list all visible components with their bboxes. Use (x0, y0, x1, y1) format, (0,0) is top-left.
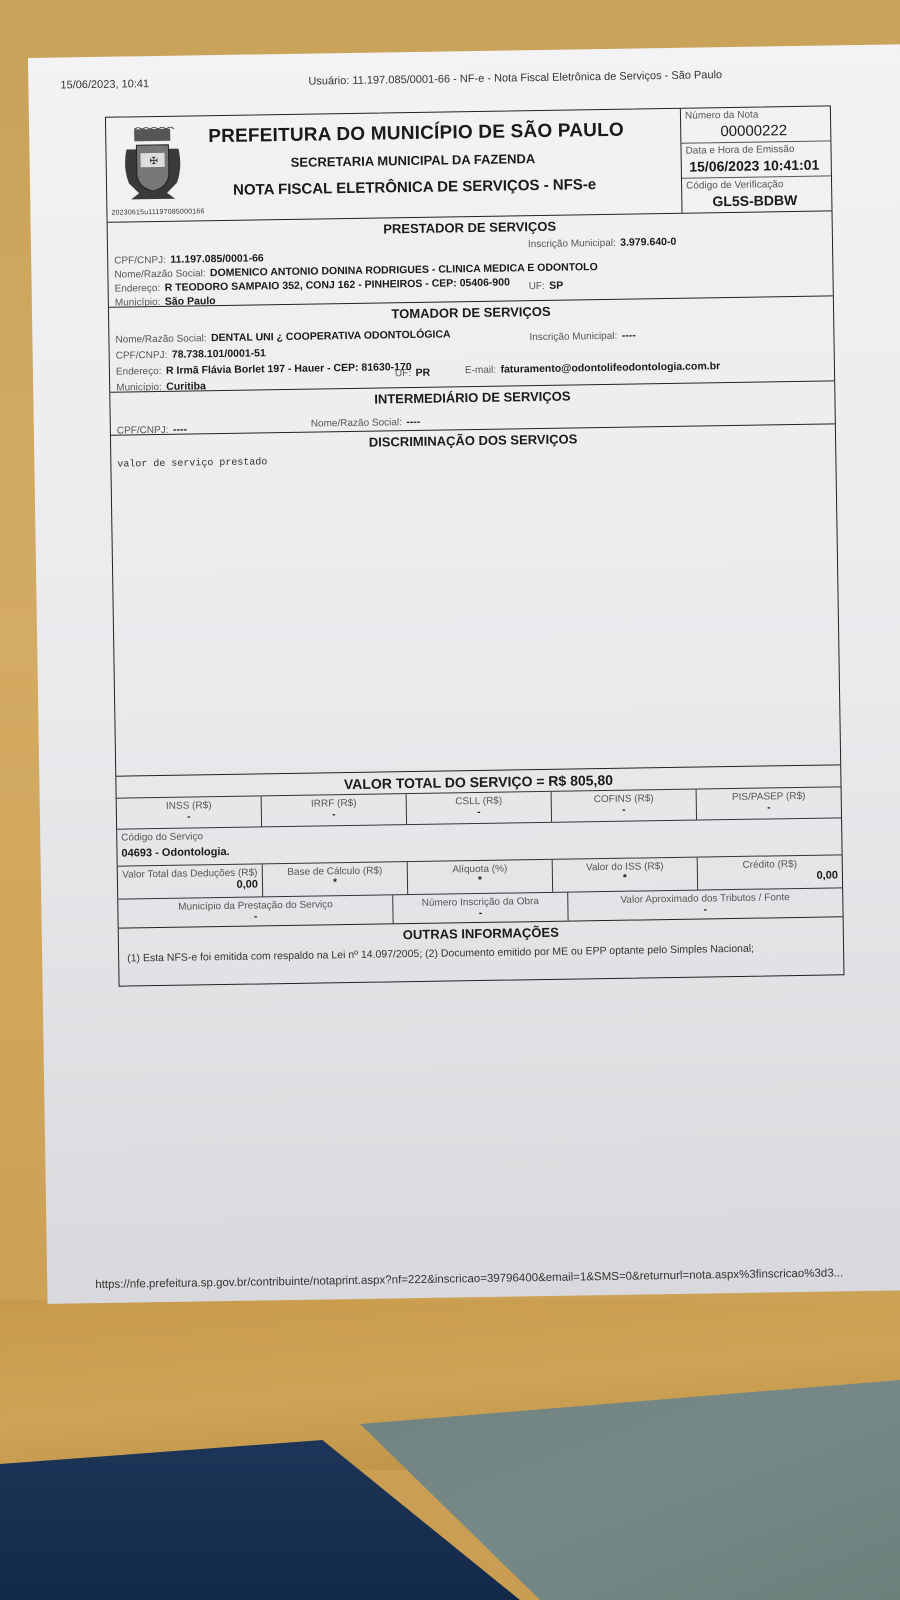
print-date: 15/06/2023, 10:41 (60, 78, 149, 91)
emissao-label: Data e Hora de Emissão (685, 144, 794, 157)
valor-iss-value: * (553, 872, 697, 885)
inscricao-obra-value: - (394, 907, 567, 921)
deducoes-value: 0,00 (118, 878, 262, 892)
numero-label: Número da Nota (685, 110, 759, 122)
cofins-value: - (552, 804, 696, 817)
coat-of-arms-icon: ✠ (120, 127, 185, 204)
tomador-uf: PR (415, 367, 430, 379)
numero-nota: 00000222 (681, 121, 826, 140)
tributo-cofins: COFINS (R$)- (552, 790, 697, 822)
tributo-csll: CSLL (R$)- (407, 792, 552, 824)
municipio-prestacao-cell: Município da Prestação do Serviço- (118, 895, 394, 927)
data-emissao: 15/06/2023 10:41:01 (682, 156, 827, 174)
tomador-endereco-label: Endereço: (116, 366, 162, 378)
credito-cell: Crédito (R$)0,00 (698, 855, 842, 889)
pis-value: - (697, 801, 841, 814)
tributo-inss: INSS (R$)- (117, 796, 262, 828)
deducoes-cell: Valor Total das Deduções (R$)0,00 (118, 864, 263, 898)
credito-value: 0,00 (698, 869, 842, 883)
tomador-endereco: R Irmã Flávia Borlet 197 - Hauer - CEP: … (166, 361, 412, 377)
base-calculo-value: * (263, 876, 407, 889)
document-header: ✠ 20230615u11197085000166 PREFEITURA DO … (106, 106, 832, 222)
tributo-irrf: IRRF (R$)- (262, 794, 407, 826)
print-user-line: Usuário: 11.197.085/0001-66 - NF-e - Not… (308, 69, 722, 87)
intermediario-nome: ---- (406, 416, 420, 428)
discriminacao-text: valor de serviço prestado (117, 457, 267, 470)
codigo-servico-label: Código do Serviço (121, 831, 203, 843)
base-calculo-cell: Base de Cálculo (R$)* (263, 862, 408, 896)
printed-invoice-paper: 15/06/2023, 10:41 Usuário: 11.197.085/00… (28, 44, 900, 1304)
tributo-pis: PIS/PASEP (R$)- (697, 787, 841, 819)
outras-informacoes-section: OUTRAS INFORMAÇÕES (1) Esta NFS-e foi em… (119, 917, 844, 1026)
prestador-inscricao-label: Inscrição Municipal: (528, 238, 616, 250)
tributos-aprox-cell: Valor Aproximado dos Tributos / Fonte- (568, 888, 843, 920)
prestador-endereco: R TEODORO SAMPAIO 352, CONJ 162 - PINHEI… (165, 276, 510, 293)
aliquota-value: * (408, 874, 552, 887)
prestador-section: PRESTADOR DE SERVIÇOS Inscrição Municipa… (108, 211, 833, 307)
secretaria-subtitle: SECRETARIA MUNICIPAL DA FAZENDA (291, 151, 536, 170)
inss-value: - (117, 810, 261, 823)
nfse-document: ✠ 20230615u11197085000166 PREFEITURA DO … (105, 105, 845, 986)
prefeitura-title: PREFEITURA DO MUNICÍPIO DE SÃO PAULO (208, 120, 624, 149)
tomador-uf-label: UF: (395, 368, 411, 379)
tomador-email: faturamento@odontolifeodontologia.com.br (500, 360, 720, 375)
aliquota-cell: Alíquota (%)* (408, 860, 553, 894)
csll-value: - (407, 806, 551, 819)
valor-iss-cell: Valor do ISS (R$)* (553, 858, 698, 892)
tomador-inscricao-label: Inscrição Municipal: (529, 331, 617, 343)
prestador-inscricao: 3.979.640-0 (620, 236, 676, 249)
prestador-uf: SP (549, 280, 563, 292)
tomador-cpf-label: CPF/CNPJ: (116, 350, 168, 362)
barcode-number: 20230615u11197085000166 (111, 208, 204, 216)
codigo-servico: 04693 - Odontologia. (121, 846, 229, 860)
codigo-verificacao: GL5S-BDBW (682, 191, 827, 209)
irrf-value: - (262, 808, 406, 821)
intermediario-nome-label: Nome/Razão Social: (311, 417, 402, 429)
nota-info-box: Número da Nota00000222 Data e Hora de Em… (680, 106, 832, 212)
codigo-verificacao-label: Código de Verificação (686, 179, 783, 192)
svg-text:✠: ✠ (150, 156, 159, 167)
tomador-nome: DENTAL UNI ¿ COOPERATIVA ODONTOLÓGICA (211, 328, 451, 344)
prestador-uf-label: UF: (529, 281, 545, 292)
discriminacao-section: DISCRIMINAÇÃO DOS SERVIÇOS valor de serv… (111, 424, 840, 776)
nfse-title: NOTA FISCAL ELETRÔNICA DE SERVIÇOS - NFS… (233, 176, 596, 199)
tomador-email-label: E-mail: (465, 365, 496, 376)
tomador-section: TOMADOR DE SERVIÇOS Nome/Razão Social: D… (109, 296, 834, 392)
inscricao-obra-cell: Número Inscrição da Obra- (394, 893, 569, 924)
tomador-inscricao: ---- (622, 329, 636, 341)
print-url: https://nfe.prefeitura.sp.gov.br/contrib… (95, 1267, 843, 1291)
